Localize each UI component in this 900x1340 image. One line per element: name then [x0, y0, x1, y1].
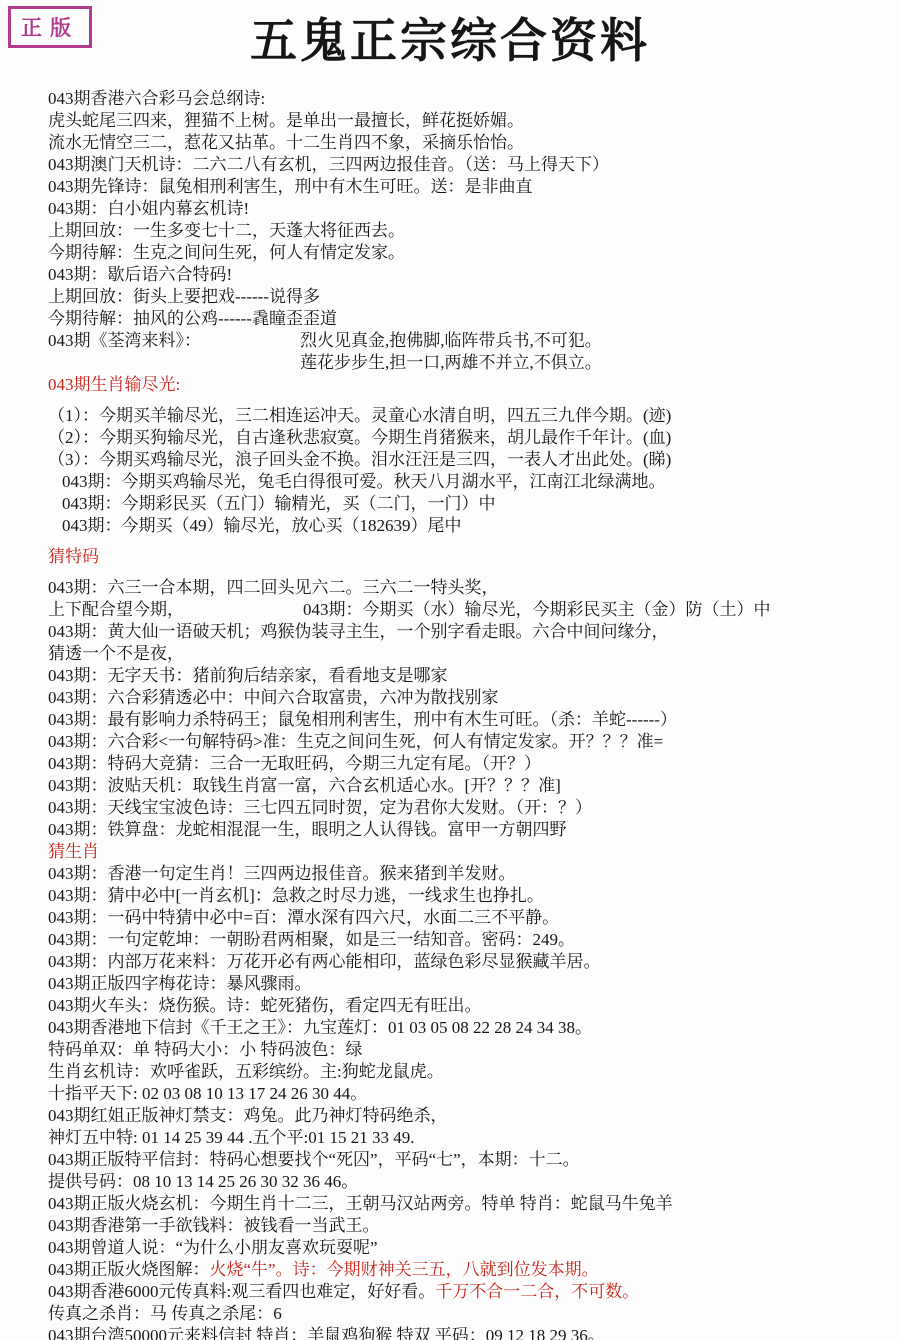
text-line: 043期：今期买鸡输尽光，兔毛白得很可爱。秋天八月湖水平，江南江北绿满地。: [62, 471, 894, 493]
text-line: 虎头蛇尾三四来，狸猫不上树。是单出一最擅长，鲜花挺娇媚。: [48, 110, 894, 132]
text-line: 043期：白小姐内幕玄机诗!: [48, 198, 894, 220]
text-line: 043期：今期买（49）输尽光，放心买（182639）尾中: [62, 515, 894, 537]
text-line: 043期：黄大仙一语破天机；鸡猴伪装寻主生，一个别字看走眼。六合中间问缘分，: [48, 621, 894, 643]
text-line: 上期回放：一生多变七十二，天蓬大将征西去。: [48, 220, 894, 242]
text-line: 043期台湾50000元来料信封 特肖：羊鼠鸡狗猴 特双 平码：09 12 18…: [48, 1325, 894, 1340]
text-line: 043期正版火烧图解：火烧“牛”。诗：今期财神关三五，八就到位发本期。: [48, 1259, 894, 1281]
text-line: 043期：最有影响力杀特码王；鼠兔相刑利害生，刑中有木生可旺。（杀：羊蛇----…: [48, 709, 894, 731]
line-segment: 火烧“牛”。诗：今期财神关三五，八就到位发本期。: [210, 1260, 599, 1279]
block-row: 莲花步步生,担一口,两雄不并立,不俱立。: [300, 352, 602, 374]
text-line: 043期火车头：烧伤猴。诗：蛇死猪伤，看定四无有旺出。: [48, 995, 894, 1017]
split-right-text: 043期：今期买（水）输尽光，今期彩民买主（金）防（土）中: [303, 600, 771, 619]
text-line: （3）：今期买鸡输尽光，浪子回头金不换。泪水汪汪是三四，一表人才出此处。(睇): [48, 449, 894, 471]
text-line: 043期：天线宝宝波色诗：三七四五同时贺，定为君你大发财。（开：？）: [48, 797, 894, 819]
text-line: 十指平天下: 02 03 08 10 13 17 24 26 30 44。: [48, 1083, 894, 1105]
line-segment: 043期香港6000元传真料:观三看四也难定，好好看。: [48, 1282, 435, 1301]
text-line: 043期曾道人说：“为什么小朋友喜欢玩耍呢”: [48, 1237, 894, 1259]
genuine-badge: 正版: [8, 6, 92, 48]
text-line: 043期：六合彩<一句解特码>准：生克之间问生死，何人有情定发家。开？？？准=: [48, 731, 894, 753]
text-line: 今期待解：抽风的公鸡------毳瞳歪歪道: [48, 308, 894, 330]
lottery-info-page: 正版 五鬼正宗综合资料 043期香港六合彩马会总纲诗:虎头蛇尾三四来，狸猫不上树…: [0, 0, 900, 1340]
text-line: 043期：内部万花来料：万花开必有两心能相印，蓝绿色彩尽显猴藏羊居。: [48, 951, 894, 973]
text-line: 猜特码: [48, 546, 894, 568]
text-line: 神灯五中特: 01 14 25 39 44 .五个平:01 15 21 33 4…: [48, 1127, 894, 1149]
text-line: 043期：一句定乾坤：一朝盼君两相聚，如是三一结知音。密码：249。: [48, 929, 894, 951]
text-line: 043期正版特平信封：特码心想要找个“死囚”，平码“七”，本期：十二。: [48, 1149, 894, 1171]
text-line: 043期香港第一手欲钱料：被钱看一当武王。: [48, 1215, 894, 1237]
line-segment: 043期正版火烧图解：: [48, 1260, 210, 1279]
text-line: 043期：特码大竞猜：三合一无取旺码，今期三九定有尾。（开？）: [48, 753, 894, 775]
text-line: 043期香港六合彩马会总纲诗:: [48, 88, 894, 110]
text-line: 特码单双：单 特码大小：小 特码波色：绿: [48, 1039, 894, 1061]
text-line: 043期香港6000元传真料:观三看四也难定，好好看。千万不合一二合，不可数。: [48, 1281, 894, 1303]
text-line: （2）：今期买狗输尽光，自古逢秋悲寂寞。今期生肖猪猴来，胡儿最作千年计。(血): [48, 427, 894, 449]
text-line: 传真之杀肖：马 传真之杀尾：6: [48, 1303, 894, 1325]
text-line: 猜透一个不是夜，: [48, 643, 894, 665]
text-line: 生肖玄机诗：欢呼雀跃，五彩缤纷。主:狗蛇龙鼠虎。: [48, 1061, 894, 1083]
text-line: 043期：香港一句定生肖！三四两边报佳音。猴来猪到羊发财。: [48, 863, 894, 885]
text-line: 流水无情空三二，惹花又拈革。十二生肖四不象，采摘乐怡怡。: [48, 132, 894, 154]
text-line: （1）：今期买羊输尽光，三二相连运冲天。灵童心水清自明，四五三九伴今期。(迹): [48, 405, 894, 427]
content-lines: 043期香港六合彩马会总纲诗:虎头蛇尾三四来，狸猫不上树。是单出一最擅长，鲜花挺…: [48, 88, 894, 1340]
text-line: 043期正版四字梅花诗：暴风骤雨。: [48, 973, 894, 995]
text-line: 043期：今期彩民买（五门）输精光，买（二门，一门）中: [62, 493, 894, 515]
text-line: 043期：猜中必中[一肖玄机]：急救之时尽力逃，一线求生也挣扎。: [48, 885, 894, 907]
page-title: 五鬼正宗综合资料: [0, 0, 900, 70]
text-line: 043期《荃湾来料》：烈火见真金,抱佛脚,临阵带兵书,不可犯。莲花步步生,担一口…: [48, 330, 894, 374]
text-line: 043期生肖输尽光:: [48, 374, 894, 396]
text-line: 043期先锋诗：鼠兔相刑利害生，刑中有木生可旺。送：是非曲直: [48, 176, 894, 198]
block-row: 烈火见真金,抱佛脚,临阵带兵书,不可犯。: [300, 330, 602, 352]
text-line: 043期：六三一合本期，四二回头见六二。三六二一特头奖，: [48, 577, 894, 599]
text-line: 今期待解：生克之间问生死，何人有情定发家。: [48, 242, 894, 264]
text-line: 043期：铁算盘：龙蛇相混混一生，眼明之人认得钱。富甲一方朝四野: [48, 819, 894, 841]
line-label: 043期《荃湾来料》：: [48, 330, 300, 374]
text-line: 043期红姐正版神灯禁支：鸡兔。此乃神灯特码绝杀，: [48, 1105, 894, 1127]
text-line: 043期澳门天机诗：二六二八有玄机，三四两边报佳音。（送：马上得天下）: [48, 154, 894, 176]
line-block: 烈火见真金,抱佛脚,临阵带兵书,不可犯。莲花步步生,担一口,两雄不并立,不俱立。: [300, 330, 602, 374]
text-line: 猜生肖: [48, 841, 894, 863]
text-line: 043期：波贴天机：取钱生肖富一富，六合玄机适心水。[开？？？准]: [48, 775, 894, 797]
text-line: 上期回放：街头上要把戏------说得多: [48, 286, 894, 308]
text-line: 提供号码：08 10 13 14 25 26 30 32 36 46。: [48, 1171, 894, 1193]
text-line: 043期：歇后语六合特码!: [48, 264, 894, 286]
text-line: 043期正版火烧玄机：今期生肖十二三，王朝马汉站两旁。特单 特肖：蛇鼠马牛兔羊: [48, 1193, 894, 1215]
line-segment: 千万不合一二合，不可数。: [435, 1282, 639, 1301]
split-left-text: 上下配合望今期，: [48, 599, 303, 621]
text-line: 043期：无字天书：猪前狗后结亲家，看看地支是哪家: [48, 665, 894, 687]
text-line: 043期：六合彩猜透必中：中间六合取富贵，六冲为散找别家: [48, 687, 894, 709]
text-line: 043期香港地下信封《千王之王》：九宝莲灯：01 03 05 08 22 28 …: [48, 1017, 894, 1039]
text-line: 上下配合望今期，043期：今期买（水）输尽光，今期彩民买主（金）防（土）中: [48, 599, 894, 621]
text-line: 043期：一码中特猜中必中=百：潭水深有四六尺，水面二三不平静。: [48, 907, 894, 929]
